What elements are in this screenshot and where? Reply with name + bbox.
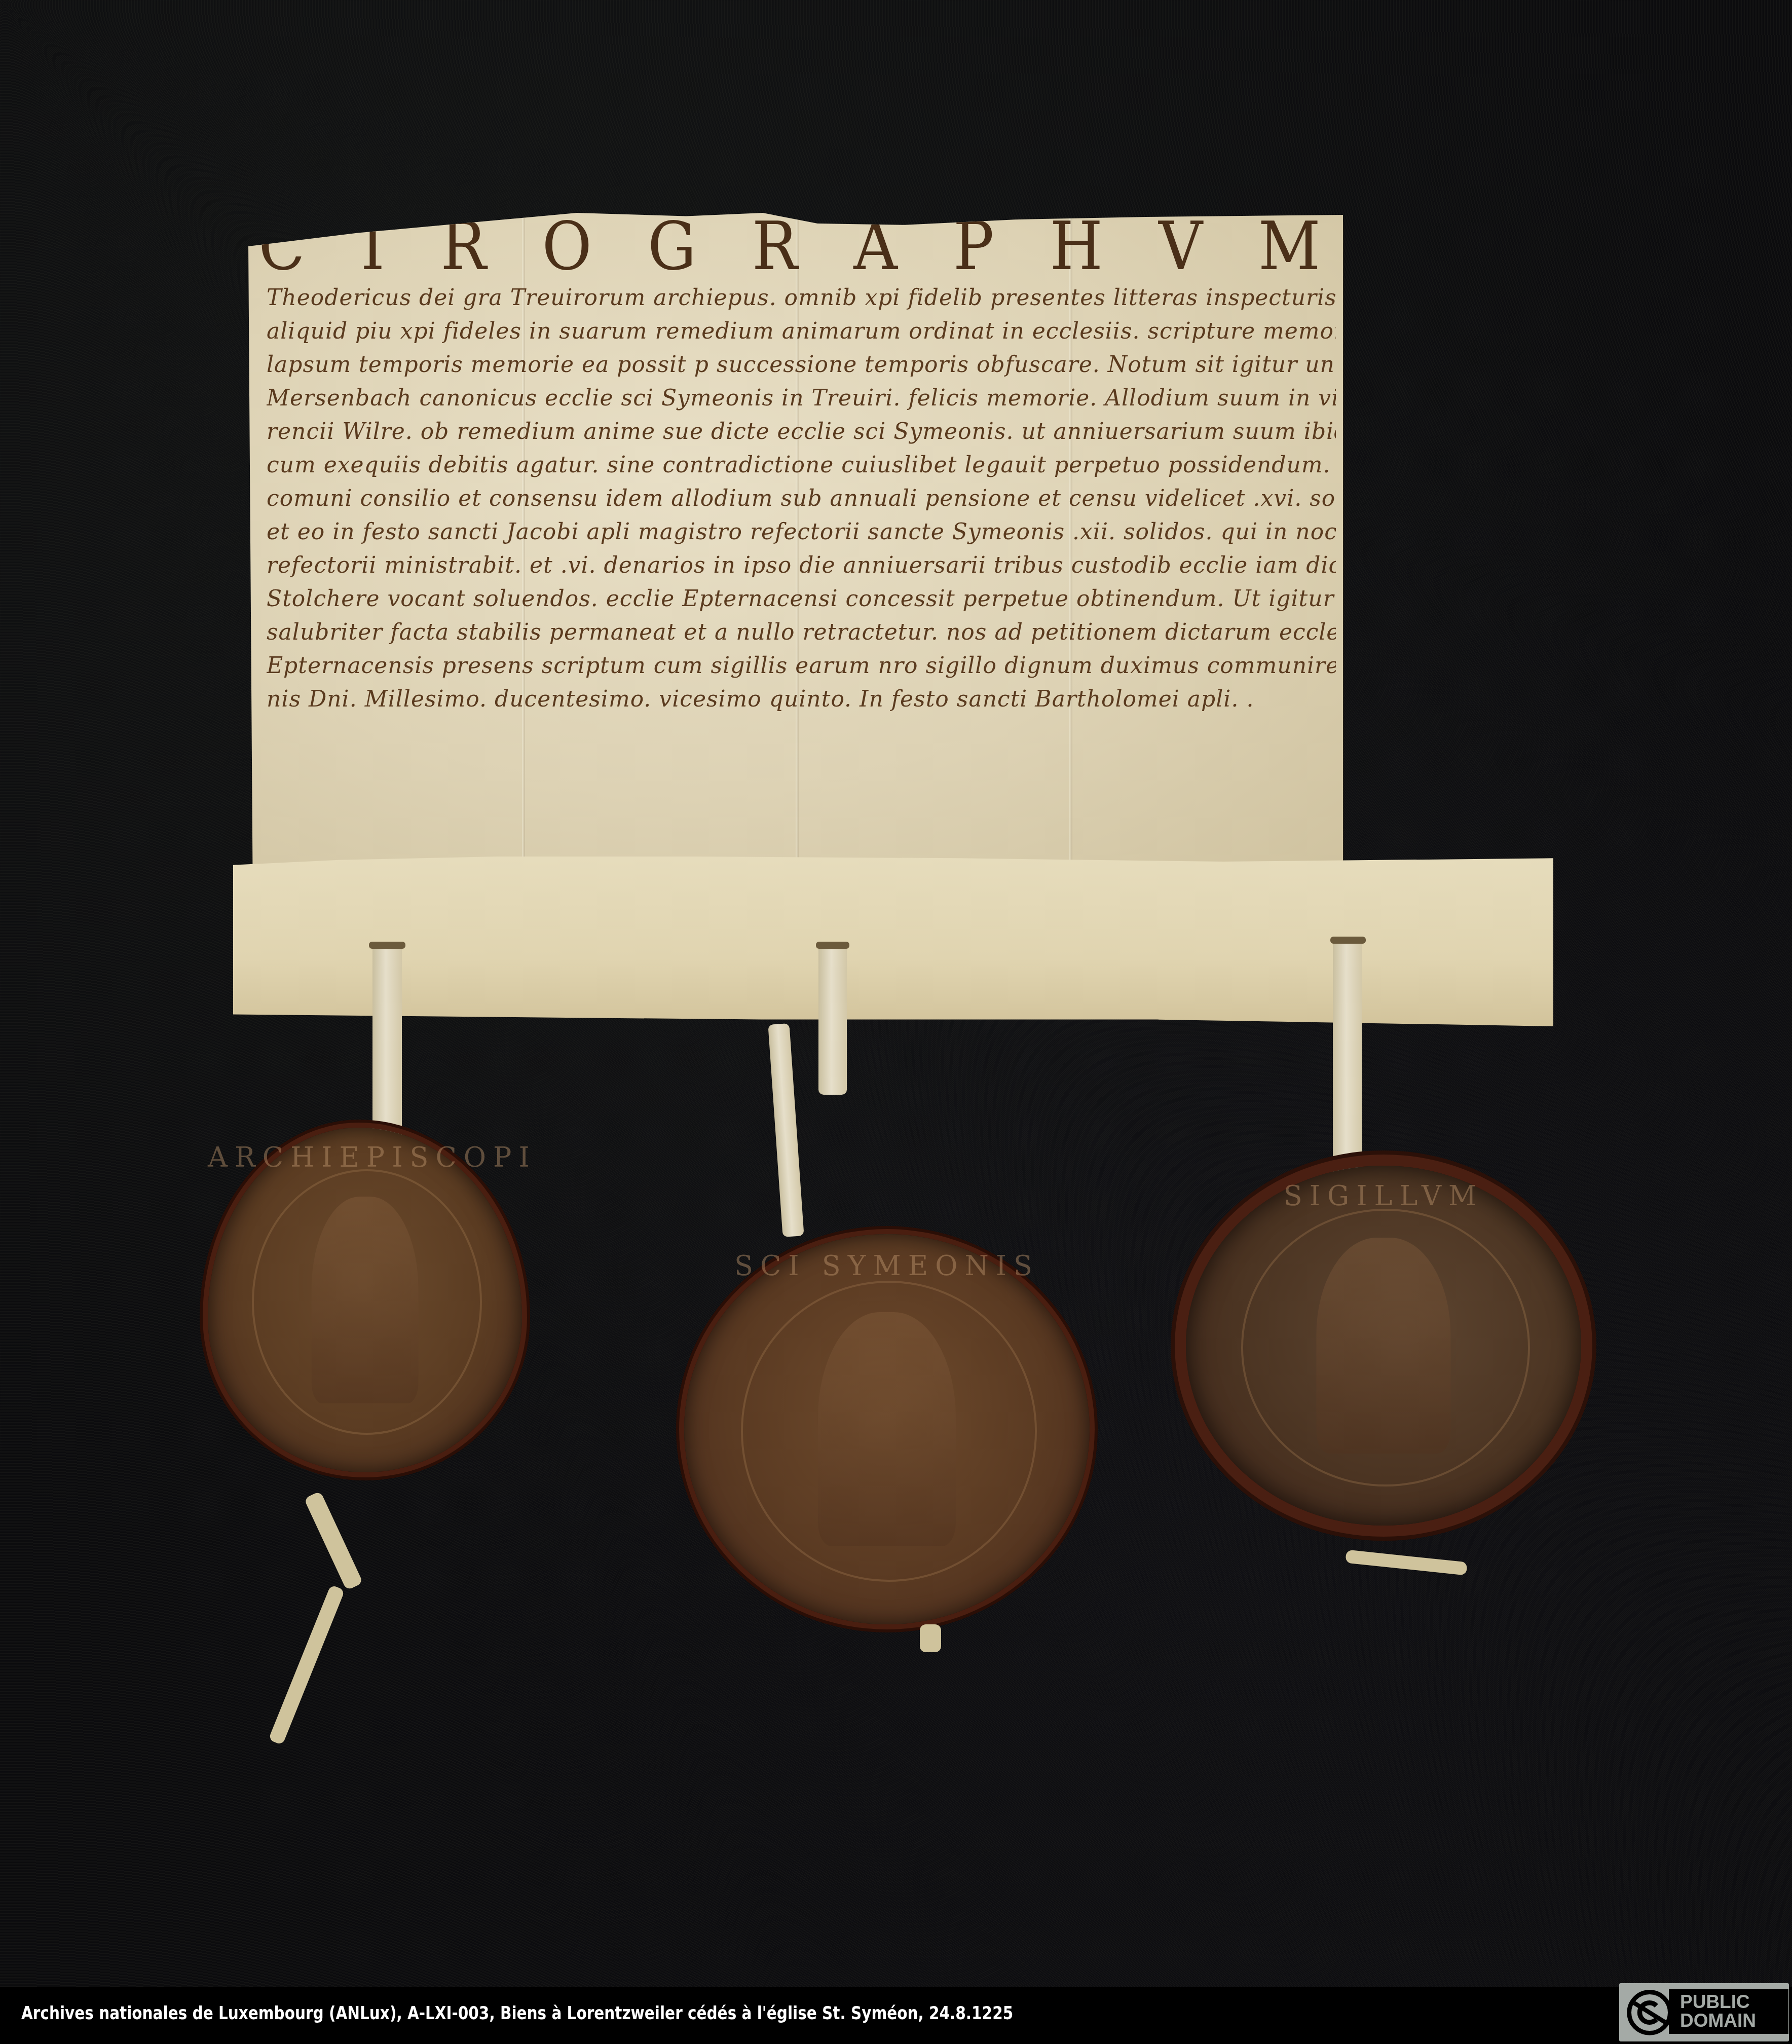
public-domain-badge: PUBLIC DOMAIN [1619, 1983, 1789, 2041]
charter-text: Theodericus dei gra Treuirorum archiepus… [267, 281, 1336, 716]
text-line: rencii Wilre. ob remedium anime sue dict… [267, 415, 1336, 449]
text-line: lapsum temporis memorie ea possit p succ… [267, 348, 1336, 382]
seated-bishop-figure [312, 1197, 419, 1403]
seal-strap-middle [818, 943, 847, 1095]
seal-legend: ARCHIEPISCOPI [208, 1141, 522, 1173]
strap-slot [1330, 937, 1366, 944]
text-line: refectorii ministrabit. et .vi. denarios… [267, 549, 1336, 582]
text-line: nis Dni. Millesimo. ducentesimo. vicesim… [267, 683, 1336, 716]
seal-legend: SIGILLVM [1186, 1180, 1581, 1212]
text-line: Stolchere vocant soluendos. ecclie Epter… [267, 582, 1336, 616]
wax-seal-third: SIGILLVM [1186, 1166, 1581, 1526]
text-line: salubriter facta stabilis permaneat et a… [267, 616, 1336, 649]
text-line: Mersenbach canonicus ecclie sci Symeonis… [267, 382, 1336, 415]
text-line: cum exequiis debitis agatur. sine contra… [267, 449, 1336, 482]
no-copyright-icon [1625, 1988, 1674, 2037]
seal-legend: SCI SYMEONIS [684, 1250, 1090, 1282]
strap-slot [369, 942, 405, 949]
text-line: comuni consilio et consensu idem allodiu… [267, 482, 1336, 515]
image-caption: Archives nationales de Luxembourg (ANLux… [21, 2003, 1013, 2024]
strap-slot [816, 942, 849, 949]
caption-bar: Archives nationales de Luxembourg (ANLux… [0, 1987, 1792, 2044]
enthroned-saint-figure [818, 1312, 956, 1546]
text-line: aliquid piu xpi fideles in suarum remedi… [267, 315, 1336, 348]
badge-line-public: PUBLIC [1680, 1992, 1756, 2011]
text-line: Theodericus dei gra Treuirorum archiepus… [267, 281, 1336, 315]
wax-seal-saint-symeon: SCI SYMEONIS [684, 1234, 1090, 1624]
bishop-bust-figure [1316, 1238, 1450, 1454]
strap-tie-middle [920, 1624, 941, 1652]
text-line: et eo in festo sancti Jacobi apli magist… [267, 515, 1336, 549]
text-line: Epternacensis presens scriptum cum sigil… [267, 649, 1336, 683]
parchment-charter: CIROGRAPHVM Theodericus dei gra Treuiror… [248, 213, 1343, 882]
seal-strap-right [1333, 938, 1362, 1191]
badge-line-domain: DOMAIN [1680, 2011, 1756, 2030]
badge-text: PUBLIC DOMAIN [1680, 1992, 1756, 2030]
